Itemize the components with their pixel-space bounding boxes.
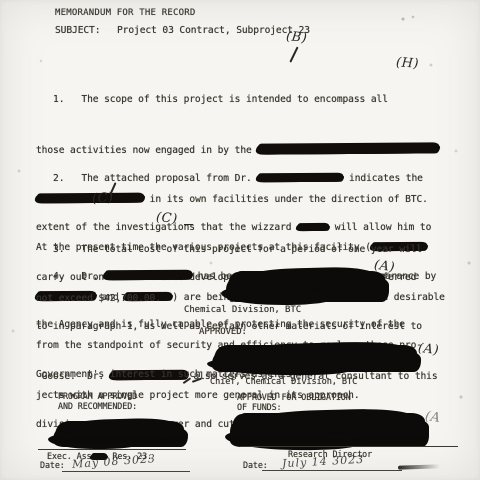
obligation-heading-line2: OF FUNDS: bbox=[237, 402, 281, 412]
redacted-signature-3 bbox=[55, 422, 183, 446]
handwritten-annotation-c2: (C) bbox=[155, 210, 178, 227]
handwritten-annotation-b: (B) bbox=[285, 29, 308, 46]
signature-1-caption: Chemical Division, BTC bbox=[184, 305, 301, 315]
signature-line-right bbox=[240, 446, 458, 447]
memo-line: 1. The scope of this project is intended… bbox=[36, 94, 456, 105]
handwritten-annotation-h: (H) bbox=[396, 55, 420, 72]
memo-header: MEMORANDUM FOR THE RECORD bbox=[55, 8, 195, 18]
date-underline-left bbox=[62, 471, 190, 472]
redacted-signature-2 bbox=[214, 346, 416, 371]
memo-text: 2. The attached proposal from Dr. bbox=[36, 173, 257, 184]
redaction-bar bbox=[104, 270, 193, 281]
memo-text: 1. The scope of this project is intended… bbox=[36, 94, 388, 105]
approved-label: APPROVED: bbox=[199, 327, 247, 337]
redaction-bar bbox=[257, 173, 344, 183]
redacted-signature-4 bbox=[232, 414, 424, 446]
redacted-signature-1 bbox=[228, 272, 384, 301]
obligation-heading-line1: APPROVED FOR OBLIGATION bbox=[237, 392, 351, 402]
subject-value: Project 03 Contract, Subproject 23 bbox=[117, 25, 310, 36]
handwritten-annotation-a4: (A bbox=[424, 409, 441, 426]
handwritten-annotation-a2: (A) bbox=[417, 341, 440, 358]
scanned-memo-document: MEMORANDUM FOR THE RECORD SUBJECT: Proje… bbox=[0, 0, 480, 480]
date-underline-right bbox=[262, 470, 402, 471]
program-approved-heading-line1: PROGRAM APPROVED bbox=[58, 391, 137, 401]
date-label-right: Date: bbox=[243, 460, 268, 470]
scan-noise-specks bbox=[0, 0, 2, 2]
memo-text: 4. Dr. bbox=[36, 271, 104, 282]
memo-text: indicates the bbox=[343, 173, 422, 184]
program-approved-heading-line2: AND RECOMMENDED: bbox=[58, 401, 137, 411]
signature-2-caption: Chief, Chemical Division, BTC bbox=[210, 377, 357, 387]
date-label-left: Date: bbox=[40, 460, 65, 470]
memo-line: 2. The attached proposal from Dr. indica… bbox=[36, 173, 456, 184]
pen-dash-mark bbox=[184, 224, 193, 225]
subject-label: SUBJECT: bbox=[55, 25, 100, 36]
